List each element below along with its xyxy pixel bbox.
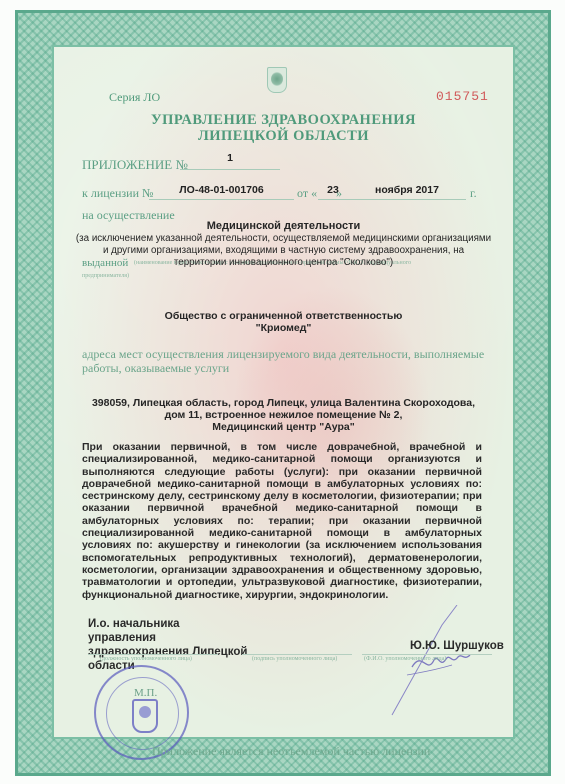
appendix-label: ПРИЛОЖЕНИЕ № [82, 157, 188, 173]
activity-note-3: территории инновационного центра "Сколко… [52, 257, 515, 268]
address-line3: Медицинский центр "Аура" [52, 421, 515, 433]
handwritten-signature [382, 605, 492, 725]
footer-note: Приложение является неотъемлемой частью … [152, 744, 430, 759]
appendix-number-line [180, 169, 280, 170]
appendix-number: 1 [180, 152, 280, 164]
date-month-year: ноября 2017 [348, 184, 466, 196]
license-number-line [149, 199, 294, 200]
addresses-label-1: адреса мест осуществления лицензируемого… [82, 347, 502, 362]
signature-line [242, 654, 352, 655]
license-number: ЛО-48-01-001706 [149, 184, 294, 196]
caption-name: (Ф.И.О. уполномоченного лица) [364, 656, 446, 662]
addresses-label-2: работы, оказываемые услуги [82, 361, 229, 376]
services-text: При оказании первичной, в том числе довр… [82, 441, 482, 601]
address-line2: дом 11, встроенное нежилое помещение № 2… [52, 409, 515, 421]
year-suffix: г. [470, 186, 477, 201]
caption-position: (должность уполномоченного лица) [100, 656, 192, 662]
date-day: 23 [318, 184, 348, 196]
date-month-line [348, 199, 466, 200]
date-from-label: от « [297, 186, 317, 201]
signatory-name: Ю.Ю. Шуршуков [410, 640, 504, 652]
issuer-title-line1: УПРАВЛЕНИЕ ЗДРАВООХРАНЕНИЯ [52, 112, 515, 129]
licensee-line1: Общество с ограниченной ответственностью [52, 310, 515, 322]
activity-title: Медицинской деятельности [52, 220, 515, 232]
activity-note-1: (за исключением указанной деятельности, … [52, 233, 515, 244]
name-line [362, 654, 492, 655]
issuer-title-line2: ЛИПЕЦКОЙ ОБЛАСТИ [52, 128, 515, 145]
license-label: к лицензии № [82, 186, 153, 201]
signatory-title: И.о. начальника управления здравоохранен… [88, 617, 248, 673]
activity-note-2: и другими организациями, входящими в час… [52, 245, 515, 256]
licensee-line2: "Криомед" [52, 322, 515, 334]
coat-of-arms-icon [267, 67, 287, 93]
address-line1: 398059, Липецкая область, город Липецк, … [52, 397, 515, 409]
date-day-line [318, 199, 348, 200]
caption-signature: (подпись уполномоченного лица) [252, 656, 337, 662]
seal-label: М.П. [134, 687, 157, 699]
issued-to-hint-2: предпринимателя) [82, 273, 129, 279]
series-number: 015751 [436, 89, 489, 104]
date-quote-close: » [336, 186, 342, 201]
position-line [88, 654, 218, 655]
license-appendix: Серия ЛО 015751 УПРАВЛЕНИЕ ЗДРАВООХРАНЕН… [52, 45, 515, 739]
series-label: Серия ЛО [109, 90, 160, 105]
